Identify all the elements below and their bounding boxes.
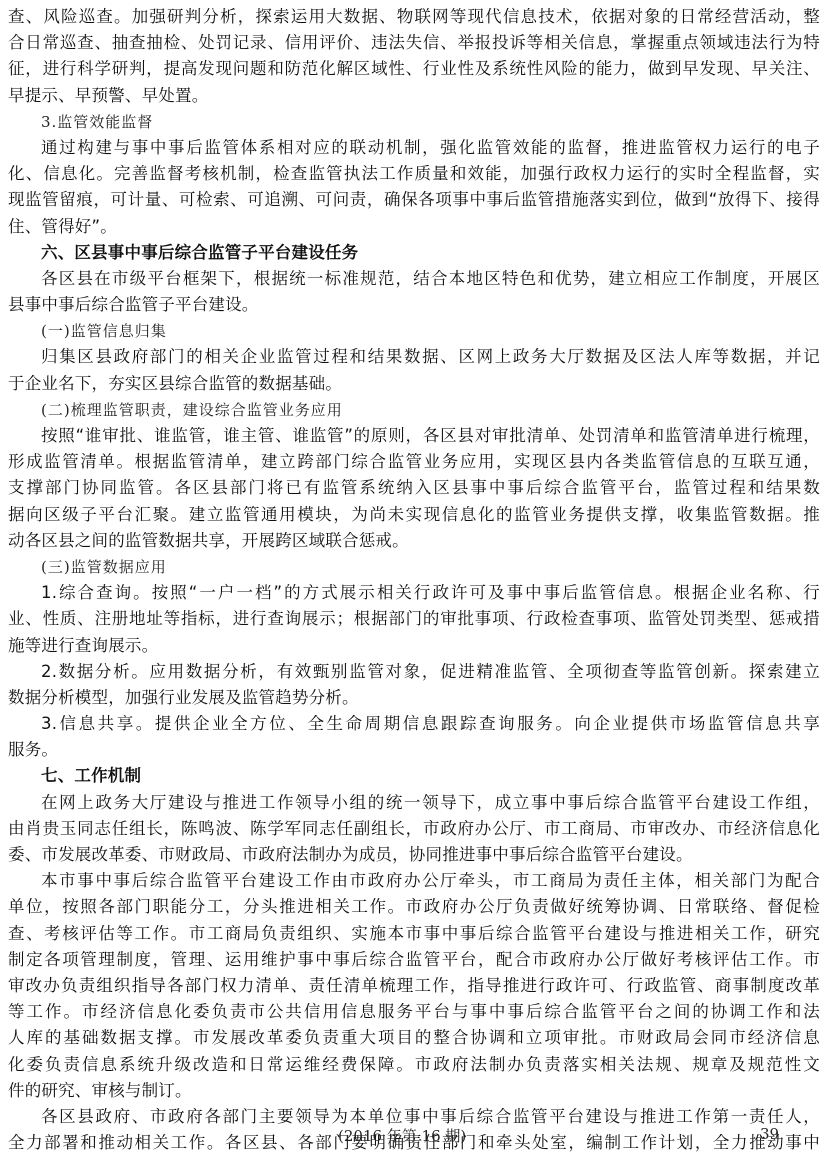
section-heading: 七、工作机制 (8, 763, 820, 789)
text-line: 由肖贵玉同志任组长，陈鸣波、陈学军同志任副组长，市政府办公厅、市工商局、市审改办… (8, 816, 820, 842)
text-line: 归集区县政府部门的相关企业监管过程和结果数据、区网上政务大厅数据及区法人库等数据… (8, 344, 820, 370)
text-line: 查、风险巡查。加强研判分析，探索运用大数据、物联网等现代信息技术，依据对象的日常… (8, 4, 820, 30)
subsection-title: (一)监管信息归集 (8, 318, 820, 344)
text-line: 形成监管清单。根据监管清单，建立跨部门综合监管业务应用，实现区县内各类监管信息的… (8, 449, 820, 475)
page-footer: (2016 年第 16 期) 39 (0, 1125, 827, 1149)
text-line: 住、管得好”。 (8, 214, 820, 240)
text-line: 数据分析模型，加强行业发展及监管趋势分析。 (8, 685, 820, 711)
text-line: 制定各项管理制度，管理、运用维护事中事后综合监管平台，配合市政府办公厅做好考核评… (8, 947, 820, 973)
text-line: 服务。 (8, 737, 820, 763)
section-heading: 六、区县事中事后综合监管子平台建设任务 (8, 240, 820, 266)
text-line: 据向区级子平台汇聚。建立监管通用模块，为尚未实现信息化的监管业务提供支撑，收集监… (8, 502, 820, 528)
subsection-title: (三)监管数据应用 (8, 554, 820, 580)
subsection-title: 3.监管效能监督 (8, 109, 820, 135)
text-line: 早提示、早预警、早处置。 (8, 83, 820, 109)
text-line: 现监管留痕，可计量、可检索、可追溯、可问责，确保各项事中事后监管措施落实到位，做… (8, 187, 820, 213)
text-line: 于企业名下，夯实区县综合监管的数据基础。 (8, 371, 820, 397)
text-line: 1.综合查询。按照“一户一档”的方式展示相关行政许可及事中事后监管信息。根据企业… (8, 580, 820, 606)
text-line: 通过构建与事中事后监管体系相对应的联动机制，强化监管效能的监督，推进监管权力运行… (8, 135, 820, 161)
text-line: 单位，按照各部门职能分工，分头推进相关工作。市政府办公厅负责做好统筹协调、日常联… (8, 894, 820, 920)
issue-label: (2016 年第 16 期) (338, 1125, 466, 1146)
subsection-title: (二)梳理监管职责，建设综合监管业务应用 (8, 397, 820, 423)
text-line: 化委负责信息系统升级改造和日常运维经费保障。市政府法制办负责落实相关法规、规章及… (8, 1052, 820, 1078)
document-body: 查、风险巡查。加强研判分析，探索运用大数据、物联网等现代信息技术，依据对象的日常… (8, 4, 820, 1156)
text-line: 人库的基础数据支撑。市发展改革委负责重大项目的整合协调和立项审批。市财政局会同市… (8, 1025, 820, 1051)
text-line: 化、信息化。完善监督考核机制，检查监管执法工作质量和效能，加强行政权力运行的实时… (8, 161, 820, 187)
text-line: 查、考核评估等工作。市工商局负责组织、实施本市事中事后综合监管平台建设与推进相关… (8, 921, 820, 947)
text-line: 业、性质、注册地址等指标，进行查询展示；根据部门的审批事项、行政检查事项、监管处… (8, 606, 820, 632)
text-line: 委、市发展改革委、市财政局、市政府法制办为成员，协同推进事中事后综合监管平台建设… (8, 842, 820, 868)
text-line: 支撑部门协同监管。各区县部门将已有监管系统纳入区县事中事后综合监管平台，监管过程… (8, 475, 820, 501)
text-line: 征，进行科学研判，提高发现问题和防范化解区域性、行业性及系统性风险的能力，做到早… (8, 56, 820, 82)
text-line: 本市事中事后综合监管平台建设工作由市政府办公厅牵头，市工商局为责任主体，相关部门… (8, 868, 820, 894)
text-line: 件的研究、审核与制订。 (8, 1078, 820, 1104)
page-number: 39 (760, 1125, 779, 1143)
text-line: 县事中事后综合监管子平台建设。 (8, 292, 820, 318)
text-line: 各区县在市级平台框架下，根据统一标准规范，结合本地区特色和优势，建立相应工作制度… (8, 266, 820, 292)
text-line: 按照“谁审批、谁监管，谁主管、谁监管”的原则，各区县对审批清单、处罚清单和监管清… (8, 423, 820, 449)
text-line: 3.信息共享。提供企业全方位、全生命周期信息跟踪查询服务。向企业提供市场监管信息… (8, 711, 820, 737)
text-line: 动各区县之间的监管数据共享，开展跨区域联合惩戒。 (8, 528, 820, 554)
text-line: 合日常巡查、抽查抽检、处罚记录、信用评价、违法失信、举报投诉等相关信息，掌握重点… (8, 30, 820, 56)
text-line: 施等进行查询展示。 (8, 633, 820, 659)
text-line: 审改办负责组织指导各部门权力清单、责任清单梳理工作，指导推进行政许可、行政监管、… (8, 973, 820, 999)
text-line: 2.数据分析。应用数据分析，有效甄别监管对象，促进精准监管、全项彻查等监管创新。… (8, 659, 820, 685)
text-line: 在网上政务大厅建设与推进工作领导小组的统一领导下，成立事中事后综合监管平台建设工… (8, 790, 820, 816)
text-line: 等工作。市经济信息化委负责市公共信用信息服务平台与事中事后综合监管平台之间的协调… (8, 999, 820, 1025)
